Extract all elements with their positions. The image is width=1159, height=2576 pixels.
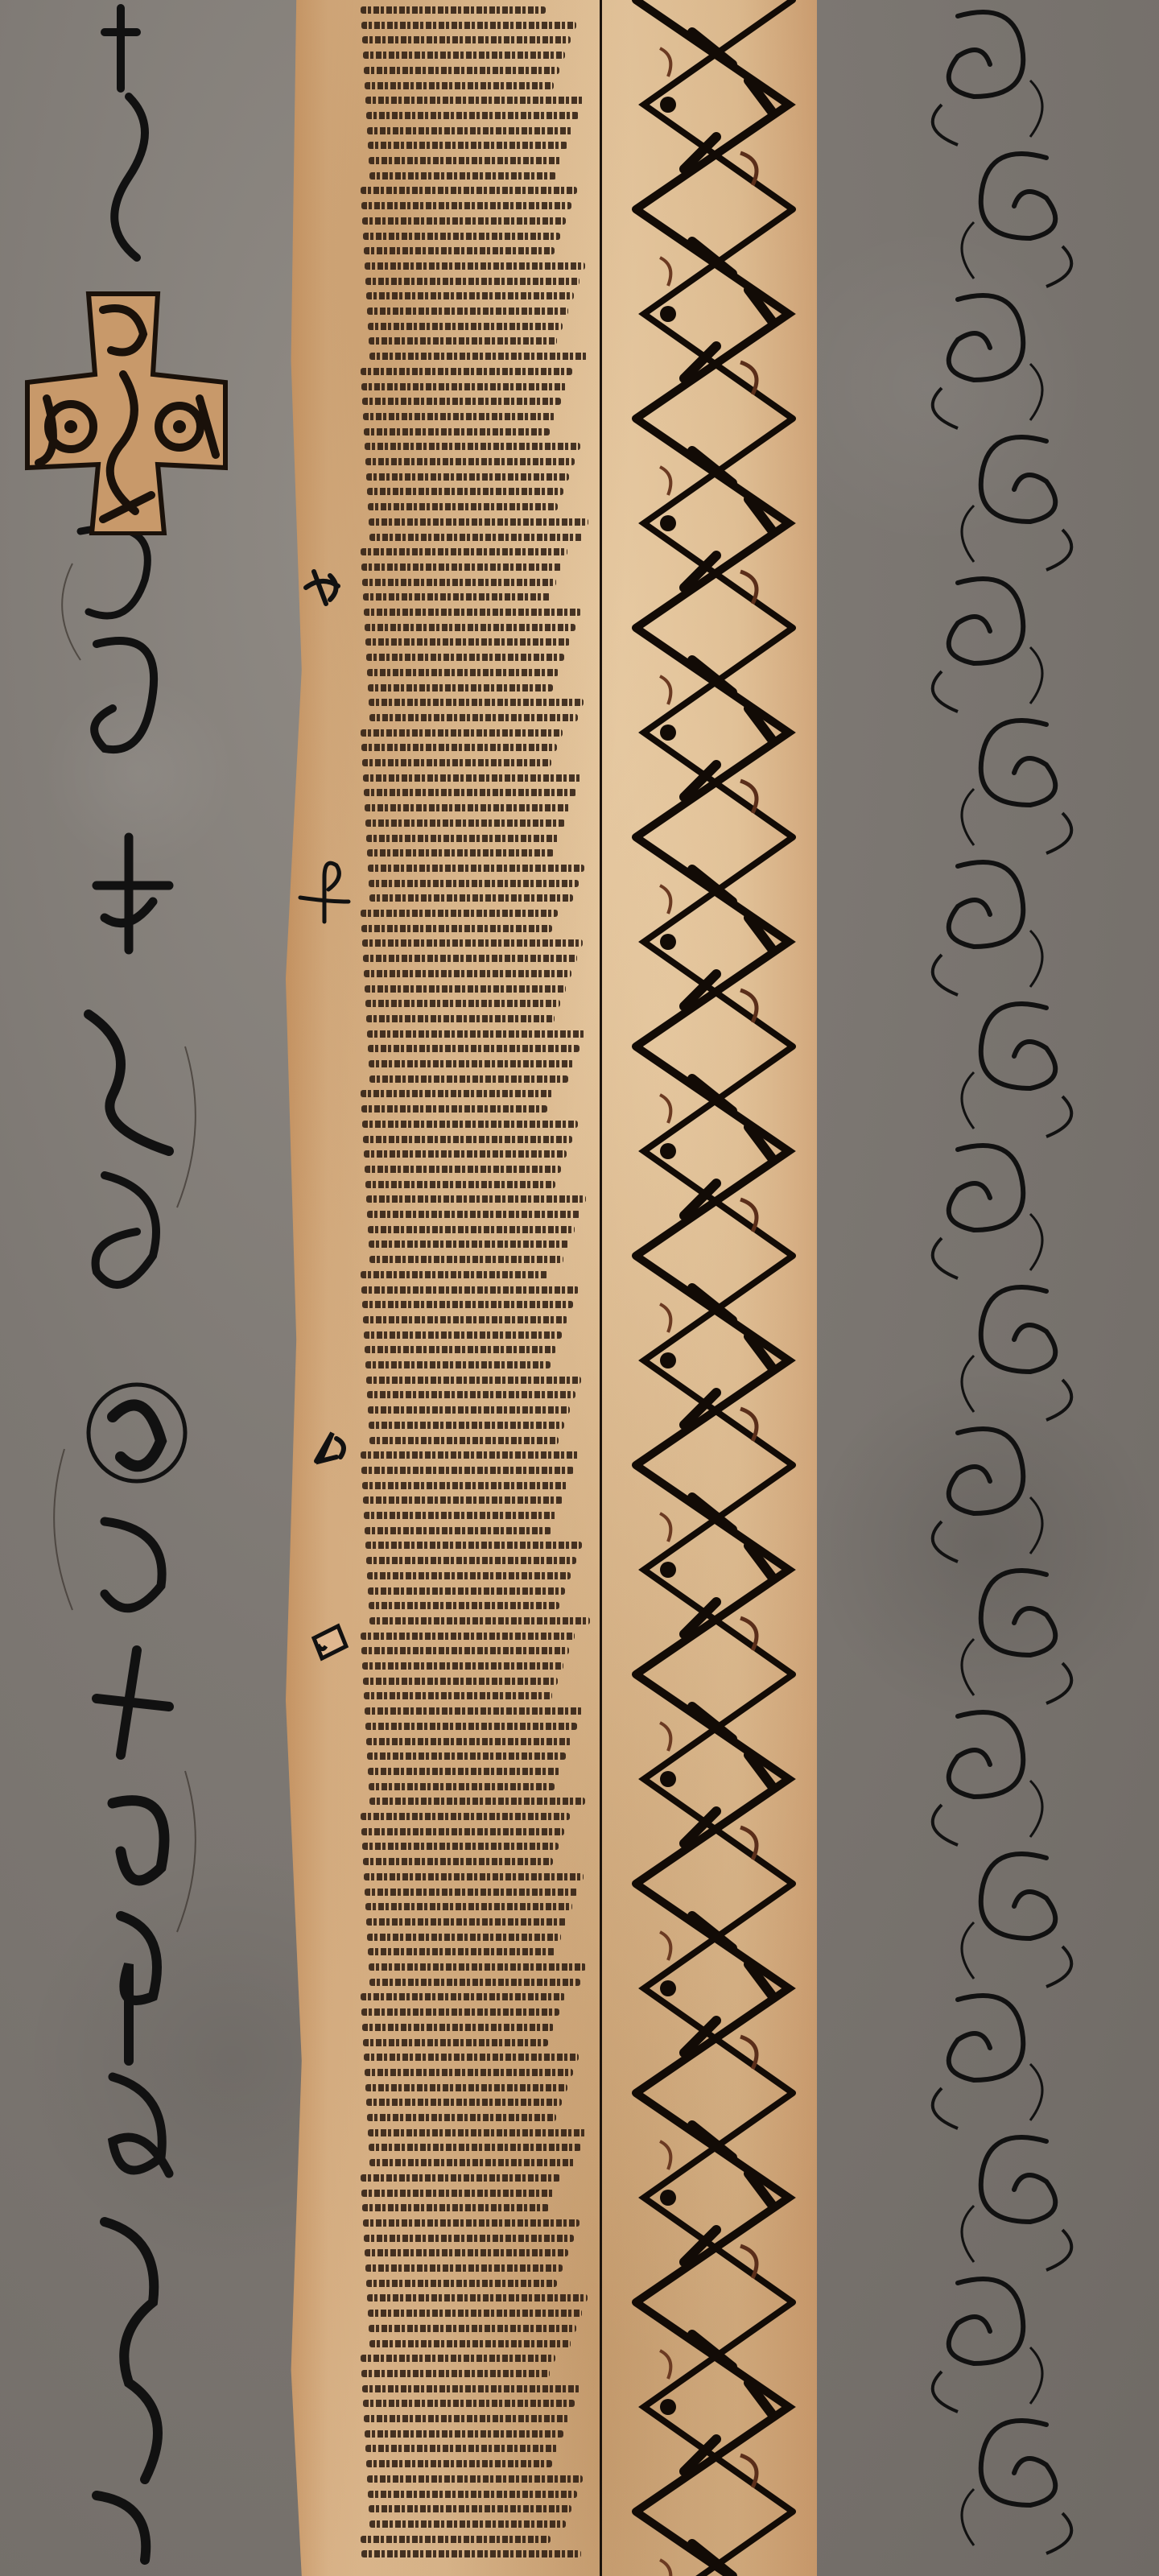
script-line <box>363 413 555 420</box>
script-line <box>364 67 559 74</box>
script-line <box>363 2039 548 2046</box>
script-line <box>366 1918 567 1926</box>
scroll-divider-line <box>600 0 602 2576</box>
script-line <box>365 2084 567 2091</box>
script-line <box>367 308 568 315</box>
script-line <box>363 52 565 59</box>
script-line <box>363 1496 563 1504</box>
script-line <box>367 849 554 857</box>
script-line <box>367 1391 575 1398</box>
script-line <box>365 985 566 993</box>
script-line <box>366 112 579 119</box>
script-line <box>369 2505 571 2512</box>
script-line <box>362 217 566 225</box>
script-line <box>363 1858 553 1865</box>
script-line <box>361 910 558 917</box>
script-line <box>365 624 575 631</box>
script-line <box>369 353 588 360</box>
script-line <box>361 1467 574 1474</box>
script-line <box>369 337 557 345</box>
script-line <box>365 262 585 270</box>
script-line <box>369 2520 566 2528</box>
script-line <box>365 1542 582 1549</box>
ornate-cross-emblem <box>14 278 230 535</box>
script-line <box>361 22 576 29</box>
script-line <box>365 1707 583 1715</box>
script-line <box>366 1377 581 1384</box>
script-line <box>369 1437 559 1444</box>
script-line <box>361 1090 553 1097</box>
script-line <box>369 1798 585 1805</box>
script-line <box>363 1316 567 1323</box>
script-line <box>362 939 583 947</box>
script-line <box>361 1105 547 1113</box>
script-line <box>369 1060 574 1067</box>
script-line <box>369 2144 581 2151</box>
calligraphy-lattice-strip <box>612 0 817 2576</box>
margin-glyph-icon <box>312 1429 353 1469</box>
script-line <box>368 1226 575 1233</box>
script-line <box>361 1451 579 1459</box>
script-line <box>365 2249 568 2256</box>
script-line <box>367 2294 588 2301</box>
script-line <box>369 880 579 887</box>
script-line <box>361 925 552 932</box>
script-line <box>364 609 581 616</box>
script-line <box>365 2445 558 2452</box>
script-line <box>368 1768 560 1775</box>
script-line <box>365 819 565 827</box>
script-line <box>367 127 573 134</box>
script-line <box>369 1241 569 1248</box>
script-line <box>369 714 578 721</box>
script-line <box>365 1166 561 1173</box>
script-line <box>365 443 580 450</box>
script-line <box>363 774 582 782</box>
script-line <box>364 1512 557 1519</box>
script-line <box>368 1045 579 1052</box>
script-line <box>369 699 584 706</box>
script-line <box>368 142 567 149</box>
script-line <box>367 669 559 676</box>
script-line <box>368 684 553 691</box>
script-line <box>364 789 576 796</box>
script-line <box>365 82 554 89</box>
script-line <box>366 473 569 481</box>
script-line <box>363 2219 579 2227</box>
script-line <box>364 2054 579 2061</box>
script-line <box>361 1633 575 1640</box>
script-line <box>361 368 572 375</box>
script-line <box>369 1422 564 1429</box>
script-line <box>361 2355 555 2362</box>
script-line <box>362 2204 549 2211</box>
script-line <box>369 2340 571 2347</box>
script-line <box>364 1692 552 1699</box>
script-line <box>365 278 579 285</box>
script-line <box>368 1406 570 1414</box>
script-line <box>363 593 551 601</box>
right-calligraphy-column <box>909 0 1095 2576</box>
script-line <box>369 157 562 164</box>
margin-glyph-icon <box>296 853 353 926</box>
script-line <box>369 534 583 541</box>
script-line <box>367 1752 566 1760</box>
script-line <box>368 503 558 510</box>
script-line <box>367 1030 585 1038</box>
script-line <box>369 1979 580 1986</box>
script-line <box>364 428 550 436</box>
script-line <box>362 1121 578 1128</box>
script-line <box>362 398 561 405</box>
script-line <box>368 2129 587 2136</box>
script-line <box>369 1075 568 1083</box>
script-line <box>361 1993 565 2000</box>
script-line <box>361 2174 560 2182</box>
script-line <box>364 1150 567 1158</box>
script-line <box>365 1000 560 1007</box>
script-line <box>363 955 577 962</box>
script-line <box>364 970 571 977</box>
script-line <box>363 233 560 240</box>
script-line <box>364 1873 584 1880</box>
script-line <box>361 729 563 737</box>
script-line <box>361 1271 548 1278</box>
script-line <box>369 172 556 180</box>
script-line <box>362 759 551 766</box>
script-line <box>367 2475 583 2483</box>
script-line <box>362 2024 554 2031</box>
script-line <box>362 1301 573 1308</box>
script-line <box>366 1015 555 1022</box>
script-line <box>365 638 570 646</box>
script-line <box>361 563 562 571</box>
script-line <box>369 1602 559 1609</box>
script-line <box>367 2114 556 2121</box>
script-line <box>369 894 573 902</box>
script-line <box>364 2235 574 2242</box>
script-line <box>365 2430 563 2438</box>
pseudo-script-text-block <box>361 0 579 2576</box>
script-line <box>362 1662 563 1670</box>
script-line <box>361 1828 564 1835</box>
script-line <box>367 1211 580 1218</box>
script-line <box>369 1256 563 1263</box>
script-line <box>365 458 575 465</box>
script-line <box>364 1331 562 1339</box>
script-line <box>365 1527 551 1534</box>
script-line <box>369 1617 590 1624</box>
script-line <box>365 1346 556 1353</box>
script-line <box>368 1948 555 1955</box>
script-line <box>365 1181 555 1188</box>
script-line <box>361 202 571 209</box>
script-line <box>362 1843 559 1850</box>
script-line <box>362 36 571 43</box>
script-line <box>363 2400 575 2407</box>
script-line <box>366 1557 576 1564</box>
script-line <box>361 187 577 194</box>
script-line <box>366 2460 552 2467</box>
script-line <box>368 323 563 330</box>
script-line <box>362 1482 568 1489</box>
script-line <box>361 1647 569 1654</box>
script-line <box>369 1963 586 1971</box>
script-line <box>362 2385 580 2392</box>
script-line <box>366 2280 557 2287</box>
script-line <box>368 2491 577 2498</box>
script-line <box>361 1286 579 1294</box>
script-line <box>365 1903 572 1910</box>
script-line <box>361 6 546 14</box>
script-line <box>362 579 556 586</box>
script-line <box>365 1361 551 1368</box>
script-line <box>369 518 588 526</box>
script-line <box>361 2370 550 2377</box>
script-line <box>369 2325 576 2332</box>
script-line <box>368 865 584 872</box>
script-line <box>361 2190 555 2197</box>
script-line <box>361 1813 570 1820</box>
script-line <box>366 1738 571 1745</box>
margin-glyph-icon <box>306 1622 350 1662</box>
script-line <box>365 2264 563 2272</box>
script-line <box>368 2310 582 2317</box>
script-line <box>366 835 559 842</box>
script-line <box>366 654 564 661</box>
margin-glyph-icon <box>298 563 346 612</box>
script-line <box>363 1136 572 1143</box>
script-line <box>361 2536 551 2543</box>
script-line <box>361 744 557 751</box>
script-line <box>363 1678 558 1685</box>
script-line <box>365 1723 577 1730</box>
script-line <box>361 2008 559 2016</box>
script-line <box>361 548 567 555</box>
script-line <box>366 1195 586 1203</box>
script-line <box>365 804 571 811</box>
script-line <box>365 97 584 104</box>
script-line <box>369 2159 575 2166</box>
script-line <box>367 1934 561 1941</box>
script-line <box>367 488 563 495</box>
script-line <box>361 2550 581 2557</box>
script-line <box>366 292 574 299</box>
script-line <box>369 1783 555 1790</box>
script-line <box>364 247 555 254</box>
script-line <box>361 383 567 390</box>
script-line <box>366 2099 562 2106</box>
script-line <box>368 1587 565 1595</box>
script-line <box>367 1572 571 1579</box>
script-line <box>364 2415 569 2422</box>
script-line <box>365 1889 578 1896</box>
script-line <box>365 2069 573 2076</box>
